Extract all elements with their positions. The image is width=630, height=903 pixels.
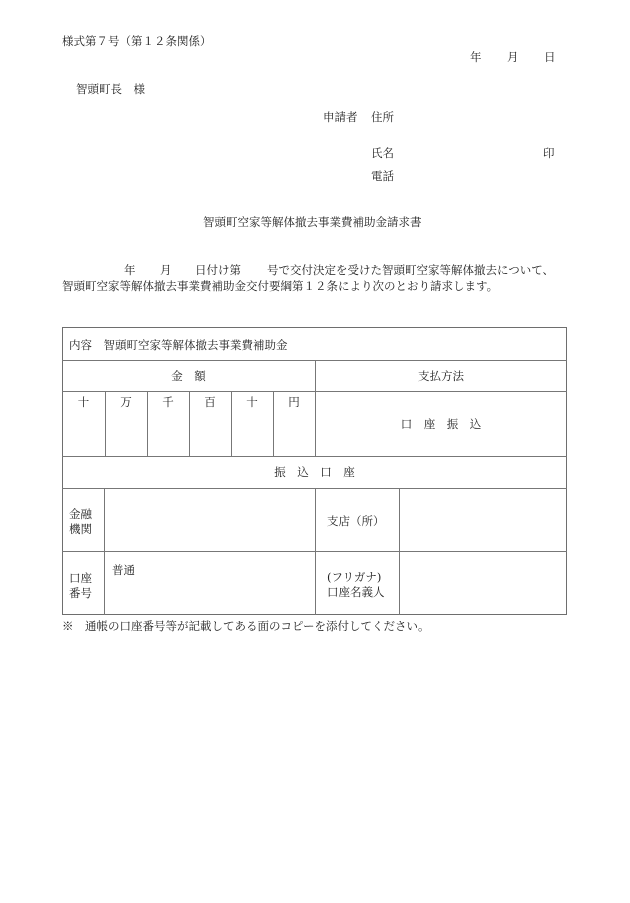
name-label: 氏名 xyxy=(371,145,394,161)
body-text-a: 日付け第 xyxy=(195,262,241,278)
attachment-note: ※ 通帳の口座番号等が記載してある面のコピーを添付してください。 xyxy=(62,618,430,634)
divider xyxy=(399,488,400,615)
digit-unit-hundred-thousand: 十 xyxy=(62,394,105,410)
body-year: 年 xyxy=(124,262,136,278)
seal-mark: 印 xyxy=(543,145,555,161)
applicant-label: 申請者 xyxy=(323,109,358,125)
divider xyxy=(315,488,316,615)
body-text-b: 号で交付決定を受けた智頭町空家等解体撤去について、 xyxy=(267,262,554,278)
holder-label-1: (フリガナ) xyxy=(327,569,381,585)
bank-label-1: 金融 xyxy=(69,506,92,522)
document-title: 智頭町空家等解体撤去事業費補助金請求書 xyxy=(203,214,422,230)
account-label-1: 口座 xyxy=(69,570,92,586)
date-day-label: 日 xyxy=(544,49,556,65)
holder-label-2: 口座名義人 xyxy=(327,584,385,600)
account-type: 普通 xyxy=(112,562,135,578)
phone-label: 電話 xyxy=(371,168,394,184)
addressee: 智頭町長 様 xyxy=(76,81,145,97)
amount-header: 金 額 xyxy=(62,368,315,384)
payment-method-header: 支払方法 xyxy=(315,368,567,384)
body-line-2: 智頭町空家等解体撤去事業費補助金交付要綱第１２条により次のとおり請求します。 xyxy=(62,278,498,294)
divider xyxy=(104,488,105,615)
digit-unit-yen: 円 xyxy=(273,394,315,410)
date-year-label: 年 xyxy=(470,49,482,65)
address-label: 住所 xyxy=(371,109,394,125)
bank-label-2: 機関 xyxy=(69,521,92,537)
digit-unit-hundred: 百 xyxy=(189,394,231,410)
branch-label: 支店（所） xyxy=(327,513,385,529)
form-number: 様式第７号（第１２条関係） xyxy=(62,33,212,49)
digit-unit-ten-thousand: 万 xyxy=(105,394,147,410)
date-month-label: 月 xyxy=(507,49,519,65)
divider xyxy=(62,456,567,457)
content-row: 内容 智頭町空家等解体撤去事業費補助金 xyxy=(69,337,288,353)
digit-unit-ten: 十 xyxy=(231,394,273,410)
transfer-account-header: 振 込 口 座 xyxy=(62,464,567,480)
body-month: 月 xyxy=(160,262,172,278)
payment-method-value: 口 座 振 込 xyxy=(315,416,567,432)
account-label-2: 番号 xyxy=(69,585,92,601)
digit-unit-thousand: 千 xyxy=(147,394,189,410)
